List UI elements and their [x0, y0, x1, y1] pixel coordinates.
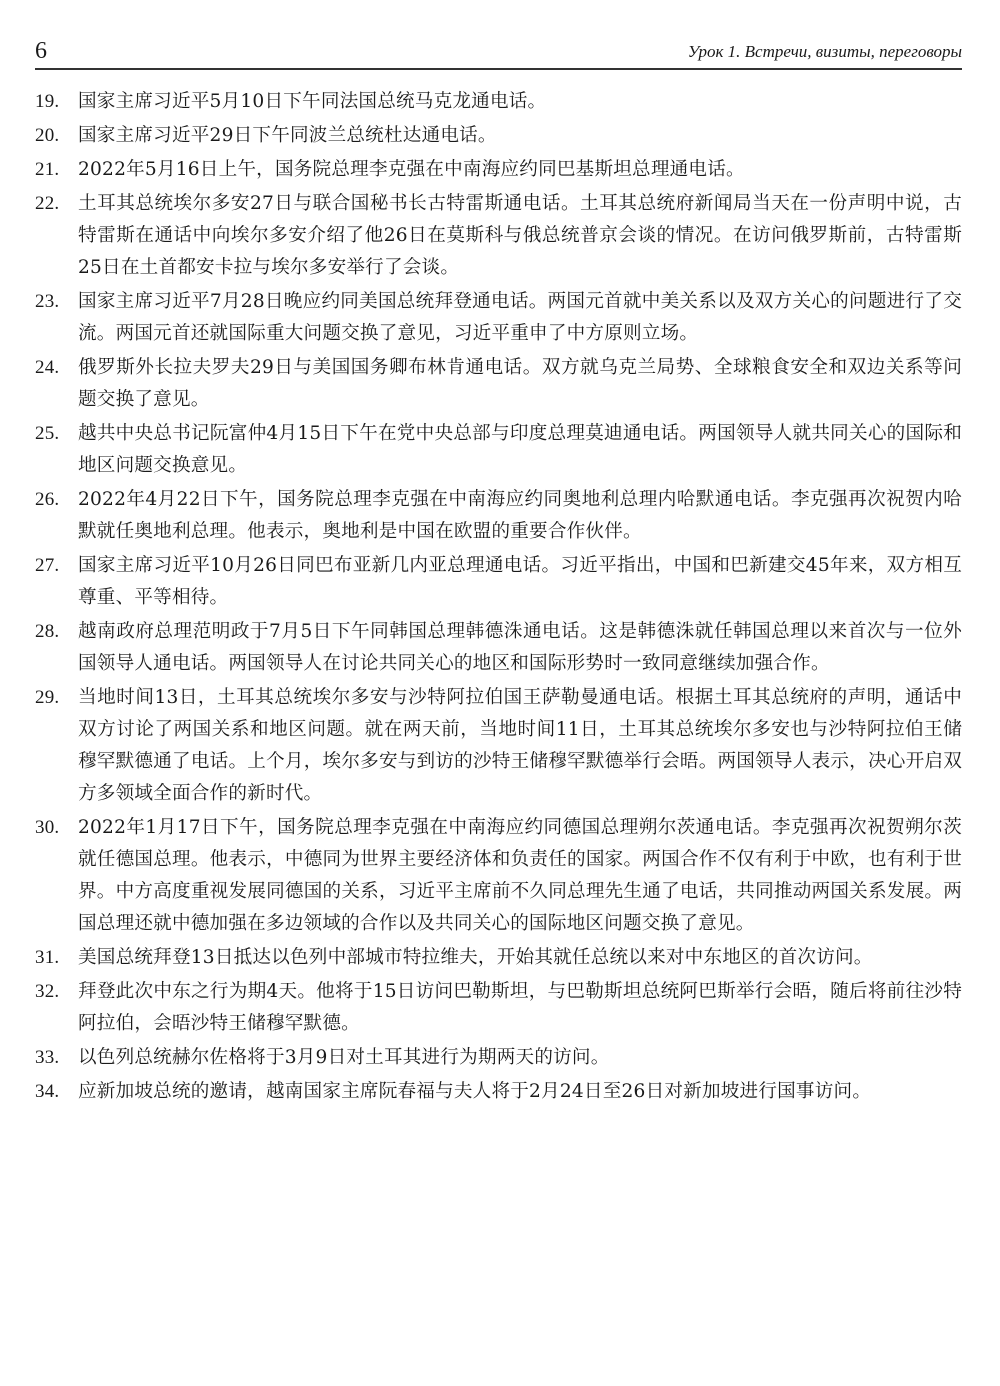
item-number: 19. — [35, 86, 59, 118]
item-text: 越南政府总理范明政于7月5日下午同韩国总理韩德洙通电话。这是韩德洙就任韩国总理以… — [78, 616, 962, 680]
item-number: 26. — [35, 484, 59, 516]
item-text: 国家主席习近平10月26日同巴布亚新几内亚总理通电话。习近平指出，中国和巴新建交… — [78, 550, 962, 614]
list-item: 30.2022年1月17日下午，国务院总理李克强在中南海应约同德国总理朔尔茨通电… — [35, 812, 962, 940]
list-item: 27.国家主席习近平10月26日同巴布亚新几内亚总理通电话。习近平指出，中国和巴… — [35, 550, 962, 614]
item-text: 国家主席习近平5月10日下午同法国总统马克龙通电话。 — [78, 86, 962, 118]
page-header: 6 Урок 1. Встречи, визиты, переговоры — [35, 34, 962, 68]
list-item: 34.应新加坡总统的邀请，越南国家主席阮春福与夫人将于2月24日至26日对新加坡… — [35, 1076, 962, 1108]
item-text: 当地时间13日，土耳其总统埃尔多安与沙特阿拉伯国王萨勒曼通电话。根据土耳其总统府… — [78, 682, 962, 810]
item-text: 应新加坡总统的邀请，越南国家主席阮春福与夫人将于2月24日至26日对新加坡进行国… — [78, 1076, 962, 1108]
list-item: 32.拜登此次中东之行为期4天。他将于15日访问巴勒斯坦，与巴勒斯坦总统阿巴斯举… — [35, 976, 962, 1040]
item-number: 32. — [35, 976, 59, 1008]
item-text: 土耳其总统埃尔多安27日与联合国秘书长古特雷斯通电话。土耳其总统府新闻局当天在一… — [78, 188, 962, 284]
item-number: 20. — [35, 120, 59, 152]
item-text: 2022年4月22日下午，国务院总理李克强在中南海应约同奥地利总理内哈默通电话。… — [78, 484, 962, 548]
list-item: 29.当地时间13日，土耳其总统埃尔多安与沙特阿拉伯国王萨勒曼通电话。根据土耳其… — [35, 682, 962, 810]
item-number: 23. — [35, 286, 59, 318]
item-text: 2022年5月16日上午，国务院总理李克强在中南海应约同巴基斯坦总理通电话。 — [78, 154, 962, 186]
list-item: 28.越南政府总理范明政于7月5日下午同韩国总理韩德洙通电话。这是韩德洙就任韩国… — [35, 616, 962, 680]
running-title: Урок 1. Встречи, визиты, переговоры — [688, 42, 962, 62]
item-text: 越共中央总书记阮富仲4月15日下午在党中央总部与印度总理莫迪通电话。两国领导人就… — [78, 418, 962, 482]
item-text: 拜登此次中东之行为期4天。他将于15日访问巴勒斯坦，与巴勒斯坦总统阿巴斯举行会晤… — [78, 976, 962, 1040]
item-number: 33. — [35, 1042, 59, 1074]
item-number: 29. — [35, 682, 59, 714]
list-item: 26.2022年4月22日下午，国务院总理李克强在中南海应约同奥地利总理内哈默通… — [35, 484, 962, 548]
item-number: 21. — [35, 154, 59, 186]
item-text: 以色列总统赫尔佐格将于3月9日对土耳其进行为期两天的访问。 — [78, 1042, 962, 1074]
item-number: 30. — [35, 812, 59, 844]
list-item: 23.国家主席习近平7月28日晚应约同美国总统拜登通电话。两国元首就中美关系以及… — [35, 286, 962, 350]
list-item: 25.越共中央总书记阮富仲4月15日下午在党中央总部与印度总理莫迪通电话。两国领… — [35, 418, 962, 482]
page-number: 6 — [35, 38, 47, 65]
item-number: 34. — [35, 1076, 59, 1108]
list-item: 20.国家主席习近平29日下午同波兰总统杜达通电话。 — [35, 120, 962, 152]
item-number: 28. — [35, 616, 59, 648]
item-text: 俄罗斯外长拉夫罗夫29日与美国国务卿布林肯通电话。双方就乌克兰局势、全球粮食安全… — [78, 352, 962, 416]
header-rule — [35, 68, 962, 70]
item-number: 31. — [35, 942, 59, 974]
item-number: 24. — [35, 352, 59, 384]
exercise-list: 19.国家主席习近平5月10日下午同法国总统马克龙通电话。 20.国家主席习近平… — [35, 86, 962, 1110]
item-text: 国家主席习近平7月28日晚应约同美国总统拜登通电话。两国元首就中美关系以及双方关… — [78, 286, 962, 350]
list-item: 24.俄罗斯外长拉夫罗夫29日与美国国务卿布林肯通电话。双方就乌克兰局势、全球粮… — [35, 352, 962, 416]
item-text: 国家主席习近平29日下午同波兰总统杜达通电话。 — [78, 120, 962, 152]
list-item: 33.以色列总统赫尔佐格将于3月9日对土耳其进行为期两天的访问。 — [35, 1042, 962, 1074]
item-text: 美国总统拜登13日抵达以色列中部城市特拉维夫，开始其就任总统以来对中东地区的首次… — [78, 942, 962, 974]
list-item: 21.2022年5月16日上午，国务院总理李克强在中南海应约同巴基斯坦总理通电话… — [35, 154, 962, 186]
list-item: 31.美国总统拜登13日抵达以色列中部城市特拉维夫，开始其就任总统以来对中东地区… — [35, 942, 962, 974]
item-number: 22. — [35, 188, 59, 220]
item-text: 2022年1月17日下午，国务院总理李克强在中南海应约同德国总理朔尔茨通电话。李… — [78, 812, 962, 940]
list-item: 22.土耳其总统埃尔多安27日与联合国秘书长古特雷斯通电话。土耳其总统府新闻局当… — [35, 188, 962, 284]
item-number: 27. — [35, 550, 59, 582]
item-number: 25. — [35, 418, 59, 450]
list-item: 19.国家主席习近平5月10日下午同法国总统马克龙通电话。 — [35, 86, 962, 118]
